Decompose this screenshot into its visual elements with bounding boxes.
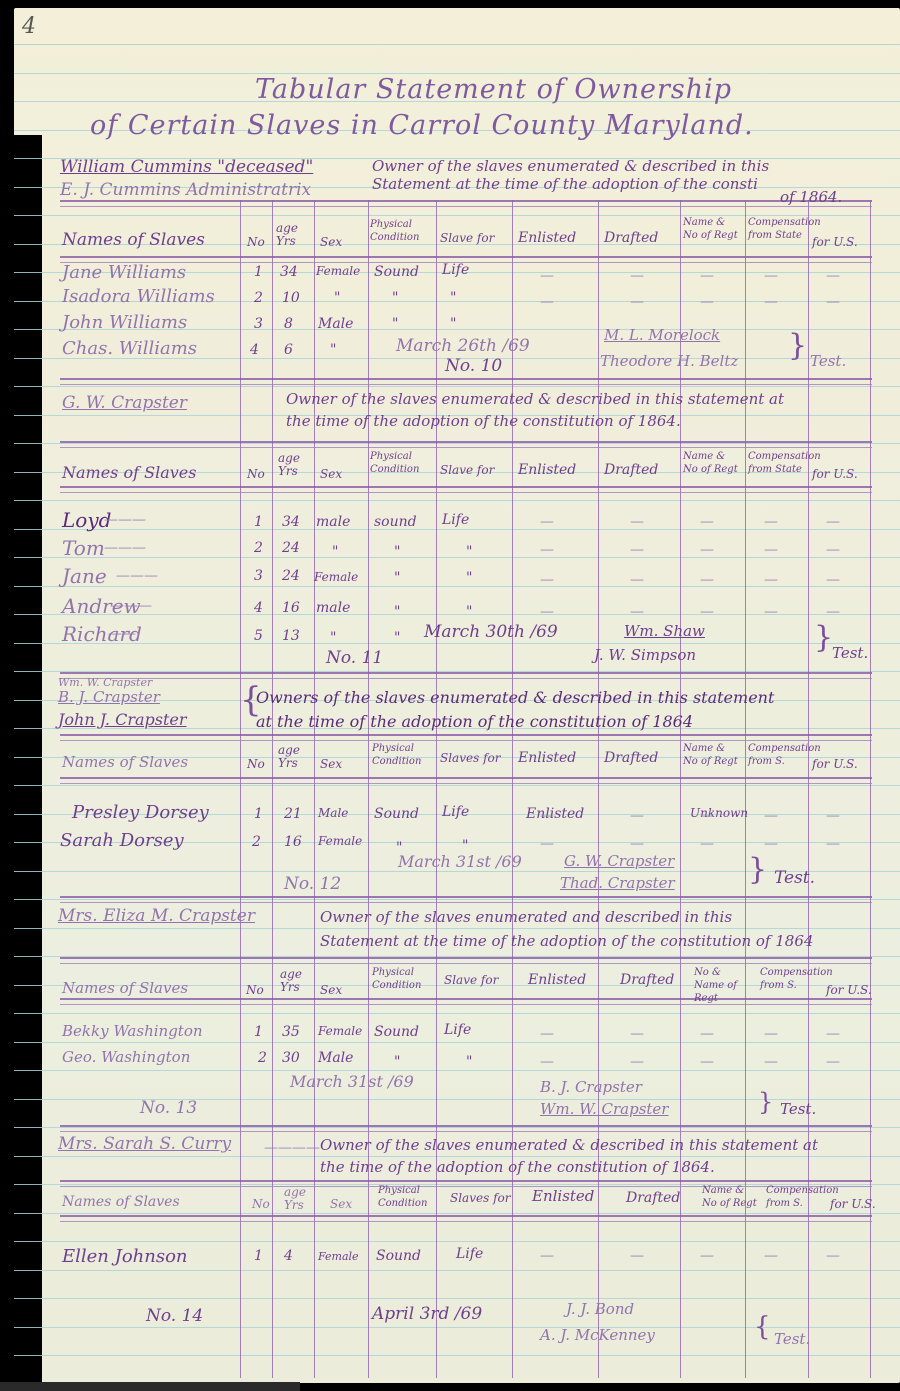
- witness-1: B. J. Crapster: [540, 1078, 642, 1096]
- witness-label: Test.: [774, 1330, 810, 1348]
- owner-name: B. J. Crapster: [58, 688, 160, 706]
- date-signed: April 3rd /69: [372, 1304, 482, 1324]
- col-header-condition: Physical Condition: [372, 966, 436, 992]
- empty-dash: —: [826, 808, 840, 824]
- slave-for: Life: [444, 1022, 471, 1038]
- slave-condition: sound: [374, 514, 417, 530]
- slave-condition: ": [394, 630, 400, 646]
- witness-2: A. J. McKenney: [540, 1326, 655, 1344]
- empty-dash: —: [826, 572, 840, 588]
- col-header-comp-state: Compensation from S.: [766, 1184, 826, 1210]
- dash: ————: [264, 1140, 320, 1156]
- empty-dash: —: [540, 808, 554, 824]
- slave-condition: Sound: [374, 806, 419, 822]
- slave-name: Bekky Washington: [62, 1022, 203, 1040]
- ruled-line: [14, 928, 900, 929]
- section-rule: [60, 734, 872, 741]
- slave-name: Ellen Johnson: [62, 1246, 188, 1267]
- record-number: No. 11: [326, 648, 383, 668]
- col-header-comp-us: for U.S.: [812, 236, 858, 249]
- slave-name: Tom: [62, 536, 105, 560]
- col-header-drafted: Drafted: [604, 464, 658, 477]
- column-line: [368, 200, 369, 1378]
- title-line-2: of Certain Slaves in Carrol County Maryl…: [90, 110, 754, 141]
- owner-administrator: E. J. Cummins Administratrix: [60, 180, 311, 200]
- slave-condition: Sound: [376, 1248, 421, 1264]
- ruled-line: [14, 785, 900, 786]
- col-header-slave-for: Slaves for: [440, 752, 500, 765]
- slave-name: Jane: [62, 564, 107, 588]
- column-line: [512, 200, 513, 1378]
- dash: ——: [108, 626, 136, 642]
- empty-dash: —: [700, 572, 714, 588]
- section-rule: [60, 672, 872, 679]
- section-rule: [60, 1125, 872, 1132]
- slave-age: 16: [282, 600, 300, 616]
- col-header-age: age Yrs: [278, 452, 310, 478]
- ruled-line: [14, 1042, 900, 1043]
- col-header-drafted: Drafted: [604, 752, 658, 765]
- col-header-age: age Yrs: [280, 968, 312, 994]
- col-header-regiment: Name & No of Regt: [683, 450, 743, 476]
- col-header-sex: Sex: [330, 1198, 352, 1211]
- col-header-comp-state: Compensation from State: [748, 450, 808, 476]
- empty-dash: —: [700, 836, 714, 852]
- column-line: [272, 200, 273, 1378]
- brace-icon: }: [814, 620, 833, 655]
- col-header-sex: Sex: [320, 984, 342, 997]
- slave-sex: Female: [318, 834, 362, 848]
- empty-dash: —: [826, 542, 840, 558]
- header-rule: [60, 777, 872, 784]
- slave-age: 8: [284, 316, 293, 332]
- owner-name: Mrs. Sarah S. Curry: [58, 1134, 231, 1154]
- column-line: [598, 200, 599, 1378]
- slave-for: Life: [442, 262, 469, 278]
- title-line-1: Tabular Statement of Ownership: [255, 74, 732, 105]
- empty-dash: —: [540, 836, 554, 852]
- slave-age: 24: [282, 568, 300, 584]
- dash: ———: [116, 568, 158, 584]
- col-header-slave-for: Slave for: [440, 232, 494, 245]
- empty-dash: —: [826, 294, 840, 310]
- slave-age: 30: [282, 1050, 300, 1066]
- empty-dash: —: [826, 1248, 840, 1264]
- slave-age: 21: [284, 806, 302, 822]
- witness-label: Test.: [780, 1100, 816, 1118]
- empty-dash: —: [700, 604, 714, 620]
- ruled-line: [14, 643, 900, 644]
- witness-1: M. L. Morelock: [604, 326, 720, 344]
- section-rule: [60, 200, 872, 207]
- col-header-enlisted: Enlisted: [528, 974, 586, 987]
- slave-sex: Male: [318, 806, 348, 820]
- col-header-names: Names of Slaves: [62, 466, 196, 479]
- brace-icon: }: [758, 1088, 773, 1116]
- slave-no: 5: [254, 628, 263, 644]
- col-header-names: Names of Slaves: [62, 234, 205, 247]
- slave-name: Sarah Dorsey: [60, 830, 184, 851]
- empty-dash: —: [630, 268, 644, 284]
- col-header-comp-us: for U.S.: [812, 758, 858, 771]
- empty-dash: —: [826, 514, 840, 530]
- slave-no: 4: [250, 342, 259, 358]
- slave-for: ": [466, 1054, 472, 1070]
- binding-edge: [0, 135, 42, 1391]
- slave-age: 13: [282, 628, 300, 644]
- empty-dash: —: [540, 1026, 554, 1042]
- empty-dash: —: [764, 1248, 778, 1264]
- empty-dash: —: [540, 572, 554, 588]
- ruled-line: [14, 386, 900, 387]
- empty-dash: —: [540, 1054, 554, 1070]
- ruled-line: [14, 500, 900, 501]
- slave-no: 1: [254, 1248, 263, 1264]
- ruled-line: [14, 1298, 900, 1299]
- slave-sex: Male: [318, 316, 353, 332]
- empty-dash: —: [764, 808, 778, 824]
- slave-age: 35: [282, 1024, 300, 1040]
- col-header-no: No: [247, 758, 265, 771]
- col-header-condition: Physical Condition: [370, 218, 434, 244]
- slave-for: ": [466, 544, 472, 560]
- ruled-line: [14, 1213, 900, 1214]
- slave-condition: ": [392, 290, 398, 306]
- witness-label: Test.: [774, 868, 815, 888]
- empty-dash: —: [540, 294, 554, 310]
- empty-dash: —: [826, 604, 840, 620]
- empty-dash: —: [700, 808, 714, 824]
- slave-condition: Sound: [374, 264, 419, 280]
- section-rule: [60, 378, 872, 385]
- page-number: 4: [22, 14, 36, 39]
- empty-dash: —: [764, 604, 778, 620]
- witness-label: Test.: [810, 352, 846, 370]
- col-header-regiment: Name & No of Regt: [702, 1184, 758, 1210]
- slave-sex: ": [332, 544, 338, 560]
- owner-name: William Cummins "deceased": [60, 157, 313, 177]
- empty-dash: —: [700, 1026, 714, 1042]
- col-header-regiment: Name & No of Regt: [683, 216, 743, 242]
- statement-line: Owner of the slaves enumerated & describ…: [286, 390, 784, 408]
- slave-name: Chas. Williams: [62, 338, 197, 359]
- slave-no: 2: [254, 290, 263, 306]
- slave-sex: Male: [318, 1050, 353, 1066]
- dash: ———: [104, 540, 146, 556]
- statement-line: the time of the adoption of the constitu…: [320, 1158, 715, 1176]
- statement-line: Statement at the time of the adoption of…: [372, 175, 758, 193]
- witness-1: G. W. Crapster: [564, 852, 674, 870]
- owner-name: John J. Crapster: [58, 710, 187, 729]
- empty-dash: —: [700, 542, 714, 558]
- slave-enlisted: Enlisted: [526, 806, 584, 822]
- empty-dash: —: [630, 1026, 644, 1042]
- empty-dash: —: [630, 836, 644, 852]
- col-header-enlisted: Enlisted: [518, 232, 576, 245]
- section-rule: [60, 896, 872, 903]
- slave-sex: Female: [314, 570, 358, 584]
- col-header-enlisted: Enlisted: [518, 752, 576, 765]
- record-number: No. 14: [146, 1306, 203, 1326]
- empty-dash: —: [764, 836, 778, 852]
- col-header-no: No: [247, 236, 265, 249]
- record-number: No. 12: [284, 874, 341, 894]
- dash: ———: [110, 598, 152, 614]
- slave-sex: ": [330, 630, 336, 646]
- section-rule: [60, 441, 872, 448]
- statement-line: Owner of the slaves enumerated and descr…: [320, 908, 732, 926]
- column-line: [314, 200, 315, 1378]
- date-signed: March 31st /69: [398, 852, 522, 871]
- slave-age: 16: [284, 834, 302, 850]
- slave-condition: ": [394, 544, 400, 560]
- statement-line: of 1864.: [780, 188, 842, 206]
- empty-dash: —: [630, 294, 644, 310]
- ruled-line: [14, 1355, 900, 1356]
- empty-dash: —: [764, 514, 778, 530]
- empty-dash: —: [630, 1054, 644, 1070]
- witness-label: Test.: [832, 644, 868, 662]
- date-signed: March 31st /69: [290, 1072, 414, 1091]
- col-header-comp-state: Compensation from S.: [748, 742, 808, 768]
- empty-dash: —: [700, 268, 714, 284]
- col-header-regiment: Name & No of Regt: [683, 742, 743, 768]
- col-header-regiment: No & Name of Regt: [694, 966, 754, 1005]
- brace-icon: }: [748, 852, 767, 887]
- slave-no: 1: [254, 264, 263, 280]
- col-header-enlisted: Enlisted: [532, 1190, 594, 1203]
- slave-condition: ": [394, 604, 400, 620]
- witness-1: Wm. Shaw: [624, 622, 705, 640]
- empty-dash: —: [700, 514, 714, 530]
- statement-line: Owner of the slaves enumerated & describ…: [372, 157, 769, 175]
- slave-age: 6: [284, 342, 293, 358]
- slave-age: 4: [284, 1248, 293, 1264]
- dash: ———: [104, 512, 146, 528]
- col-header-names: Names of Slaves: [62, 982, 188, 995]
- col-header-comp-state: Compensation from S.: [760, 966, 820, 992]
- slave-for: ": [466, 570, 472, 586]
- empty-dash: —: [700, 294, 714, 310]
- empty-dash: —: [630, 808, 644, 824]
- owner-name: G. W. Crapster: [62, 393, 187, 413]
- empty-dash: —: [630, 1248, 644, 1264]
- empty-dash: —: [764, 294, 778, 310]
- col-header-age: age Yrs: [278, 744, 310, 770]
- binding-edge-bottom: [0, 1382, 300, 1391]
- empty-dash: —: [540, 542, 554, 558]
- witness-2: Wm. W. Crapster: [540, 1100, 668, 1118]
- record-number: No. 13: [140, 1098, 197, 1118]
- col-header-condition: Physical Condition: [378, 1184, 442, 1210]
- col-header-no: No: [247, 468, 265, 481]
- ruled-line: [14, 1156, 900, 1157]
- statement-line: at the time of the adoption of the const…: [256, 712, 693, 731]
- slave-no: 1: [254, 806, 263, 822]
- header-rule: [60, 486, 872, 493]
- slave-age: 34: [282, 514, 300, 530]
- slave-age: 10: [282, 290, 300, 306]
- col-header-comp-us: for U.S.: [826, 984, 872, 997]
- col-header-comp-us: for U.S.: [830, 1198, 876, 1211]
- col-header-enlisted: Enlisted: [518, 464, 576, 477]
- ruled-line: [14, 1270, 900, 1271]
- statement-line: Owner of the slaves enumerated & describ…: [320, 1136, 818, 1154]
- empty-dash: —: [630, 514, 644, 530]
- slave-condition: ": [394, 1054, 400, 1070]
- slave-for: ": [466, 604, 472, 620]
- slave-for: ": [450, 316, 456, 332]
- col-header-comp-us: for U.S.: [812, 468, 858, 481]
- slave-condition: Sound: [374, 1024, 419, 1040]
- col-header-slave-for: Slaves for: [450, 1192, 510, 1205]
- empty-dash: —: [826, 836, 840, 852]
- empty-dash: —: [700, 1248, 714, 1264]
- slave-sex: Female: [316, 264, 360, 278]
- slave-sex: Female: [318, 1250, 359, 1263]
- header-rule: [60, 1215, 872, 1222]
- col-header-names: Names of Slaves: [62, 1196, 180, 1209]
- empty-dash: —: [630, 542, 644, 558]
- statement-line: the time of the adoption of the constitu…: [286, 412, 681, 430]
- date-signed: March 26th /69: [396, 336, 530, 356]
- slave-name: John Williams: [62, 312, 187, 333]
- col-header-no: No: [246, 984, 264, 997]
- slave-sex: male: [316, 514, 350, 530]
- col-header-age: age Yrs: [284, 1186, 314, 1212]
- col-header-drafted: Drafted: [620, 974, 674, 987]
- slave-condition: ": [394, 570, 400, 586]
- empty-dash: —: [826, 1026, 840, 1042]
- ruled-line: [14, 871, 900, 872]
- column-line: [240, 200, 241, 1378]
- slave-age: 24: [282, 540, 300, 556]
- slave-age: 34: [280, 264, 298, 280]
- record-number: No. 10: [445, 356, 502, 376]
- col-header-no: No: [252, 1198, 270, 1211]
- col-header-sex: Sex: [320, 236, 342, 249]
- empty-dash: —: [826, 1054, 840, 1070]
- col-header-slave-for: Slave for: [440, 464, 494, 477]
- witness-2: Theodore H. Beltz: [600, 352, 738, 370]
- brace-icon: {: [754, 1312, 771, 1342]
- slave-regiment: Unknown: [690, 806, 748, 820]
- slave-sex: male: [316, 600, 350, 616]
- empty-dash: —: [540, 604, 554, 620]
- empty-dash: —: [826, 268, 840, 284]
- witness-2: Thad. Crapster: [560, 874, 675, 892]
- empty-dash: —: [630, 604, 644, 620]
- slave-no: 1: [254, 514, 263, 530]
- empty-dash: —: [540, 268, 554, 284]
- statement-line: Statement at the time of the adoption of…: [320, 932, 813, 950]
- slave-no: 3: [254, 316, 263, 332]
- witness-1: J. J. Bond: [566, 1300, 634, 1318]
- col-header-age: age Yrs: [276, 222, 310, 248]
- slave-for: ": [450, 290, 456, 306]
- ruled-line: [14, 1241, 900, 1242]
- slave-for: Life: [442, 804, 469, 820]
- section-rule: [60, 957, 872, 964]
- empty-dash: —: [764, 1026, 778, 1042]
- col-header-condition: Physical Condition: [372, 742, 436, 768]
- slave-no: 4: [254, 600, 263, 616]
- empty-dash: —: [764, 542, 778, 558]
- col-header-sex: Sex: [320, 468, 342, 481]
- witness-2: J. W. Simpson: [594, 646, 696, 664]
- ruled-line: [14, 1070, 900, 1071]
- slave-sex: ": [330, 342, 336, 358]
- slave-name: Isadora Williams: [62, 286, 215, 307]
- empty-dash: —: [540, 514, 554, 530]
- empty-dash: —: [700, 1054, 714, 1070]
- ruled-line: [14, 1013, 900, 1014]
- col-header-comp-state: Compensation from State: [748, 216, 808, 242]
- slave-sex: Female: [318, 1024, 362, 1038]
- ruled-line: [14, 44, 900, 45]
- slave-no: 2: [254, 540, 263, 556]
- slave-name: Presley Dorsey: [72, 802, 209, 823]
- empty-dash: —: [764, 1054, 778, 1070]
- slave-no: 1: [254, 1024, 263, 1040]
- col-header-slave-for: Slave for: [444, 974, 498, 987]
- slave-no: 2: [252, 834, 261, 850]
- col-header-sex: Sex: [320, 758, 342, 771]
- col-header-drafted: Drafted: [626, 1192, 680, 1205]
- slave-for: Life: [456, 1246, 483, 1262]
- col-header-names: Names of Slaves: [62, 756, 188, 769]
- slave-name: Jane Williams: [62, 262, 186, 283]
- slave-condition: ": [392, 316, 398, 332]
- slave-no: 3: [254, 568, 263, 584]
- empty-dash: —: [764, 572, 778, 588]
- brace-icon: }: [788, 328, 807, 363]
- statement-line: Owners of the slaves enumerated & descri…: [256, 688, 774, 707]
- empty-dash: —: [630, 572, 644, 588]
- slave-sex: ": [334, 290, 340, 306]
- col-header-condition: Physical Condition: [370, 450, 434, 476]
- slave-no: 2: [258, 1050, 267, 1066]
- date-signed: March 30th /69: [424, 622, 558, 642]
- col-header-drafted: Drafted: [604, 232, 658, 245]
- slave-name: Geo. Washington: [62, 1048, 190, 1066]
- empty-dash: —: [764, 268, 778, 284]
- empty-dash: —: [540, 1248, 554, 1264]
- owner-name: Mrs. Eliza M. Crapster: [58, 906, 255, 926]
- slave-for: Life: [442, 512, 469, 528]
